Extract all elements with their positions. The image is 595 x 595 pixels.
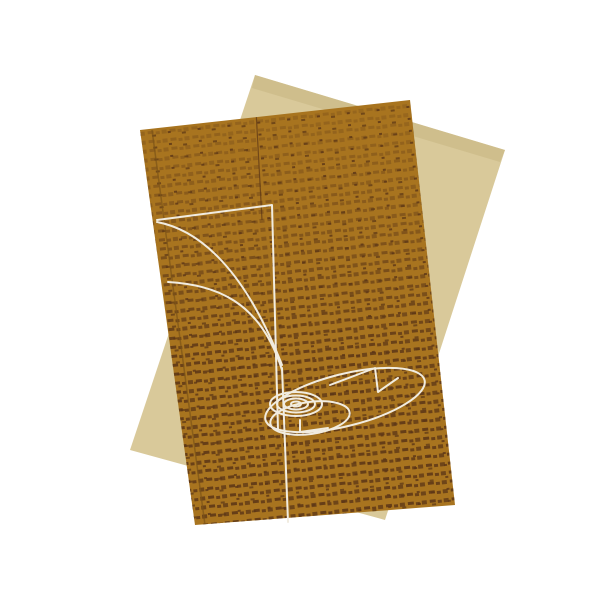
product-photo: [0, 0, 595, 595]
